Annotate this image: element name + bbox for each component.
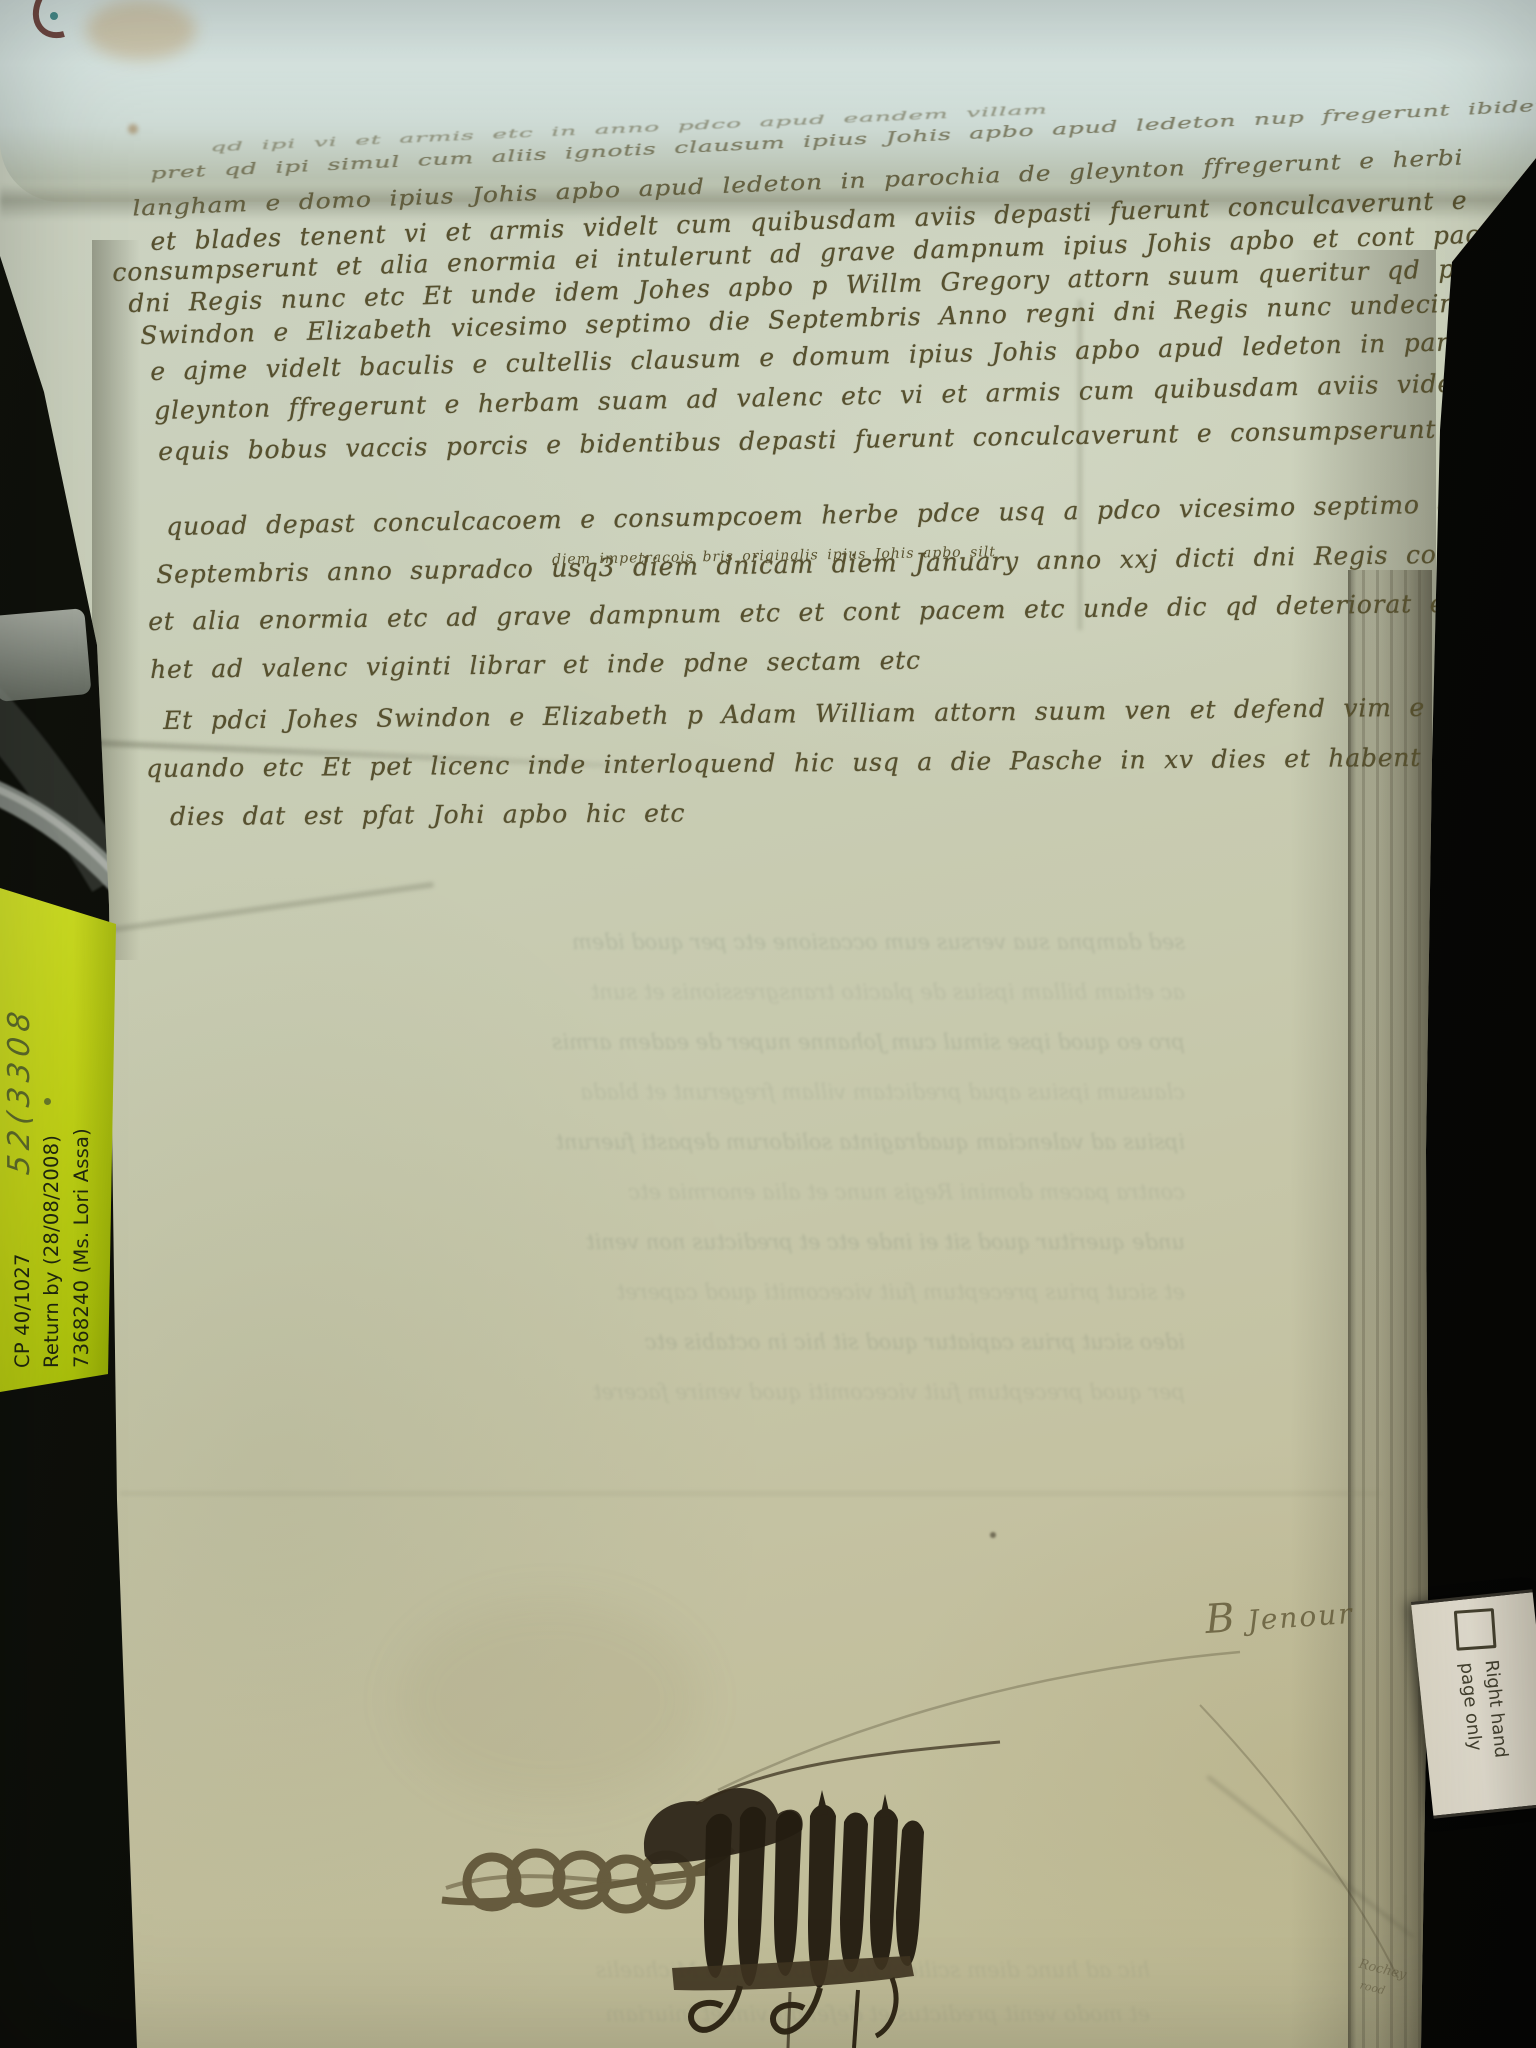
pen-hairline bbox=[0, 0, 1536, 2048]
page-flag-text: Right hand page only bbox=[1453, 1659, 1513, 1762]
page-flag-content: Right hand page only bbox=[1425, 1605, 1536, 1804]
note-ink-dot bbox=[44, 1098, 51, 1105]
note-order-number: 7368240 (Ms. Lori Assa) bbox=[67, 1086, 96, 1368]
page-flag-label: Right hand page only bbox=[1411, 1589, 1536, 1819]
checkbox-icon bbox=[1454, 1608, 1497, 1651]
photograph: sed dampna sua versus eum occasione etc … bbox=[0, 0, 1536, 2048]
note-reference: CP 40/1027 bbox=[8, 1086, 37, 1368]
parchment-membrane: sed dampna sua versus eum occasione etc … bbox=[0, 0, 1536, 2048]
note-printed-text: CP 40/1027 Return by (28/08/2008) 736824… bbox=[8, 1086, 96, 1368]
catalogue-sticky-note: 52(3308 CP 40/1027 Return by (28/08/2008… bbox=[0, 880, 122, 1400]
note-return-by: Return by (28/08/2008) bbox=[37, 1086, 66, 1368]
calligraphic-flourish bbox=[440, 1760, 1000, 2048]
